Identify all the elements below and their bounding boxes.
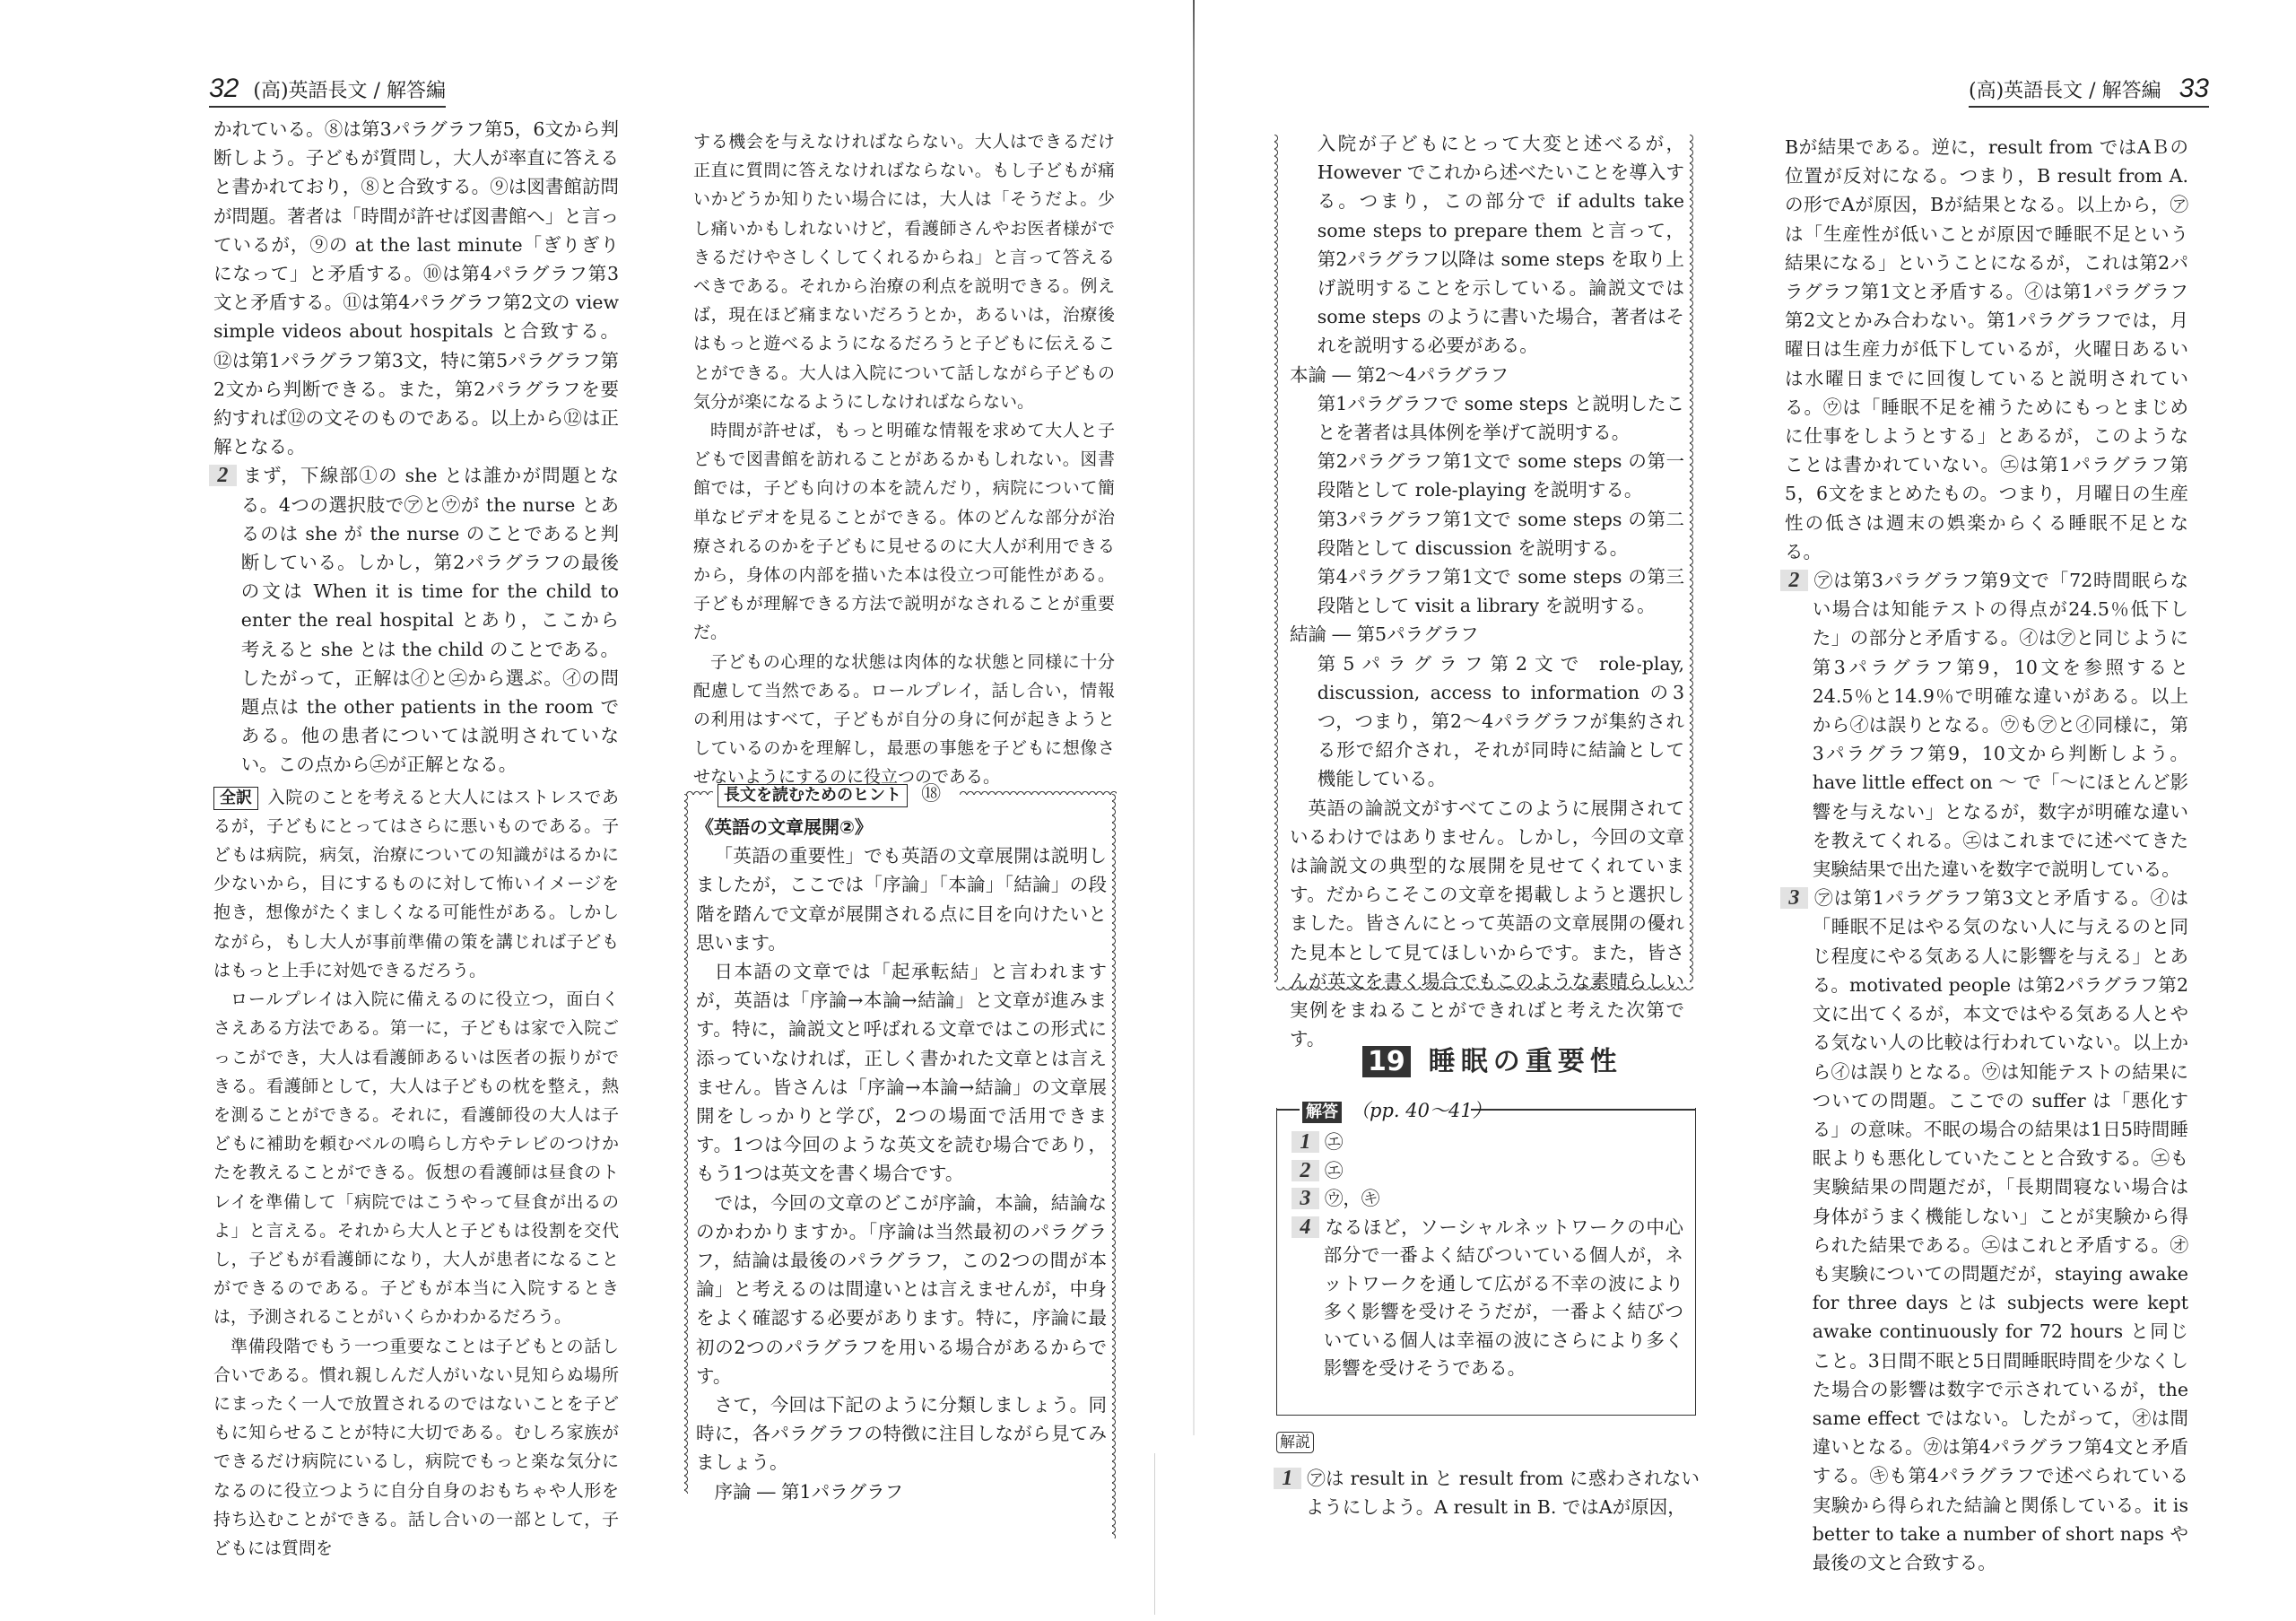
- explanation-number: 1: [1274, 1468, 1301, 1489]
- translation-paragraph: する機会を与えなければならない。大人はできるだけ正直に質問に答えなければならない…: [693, 127, 1115, 416]
- page-gutter: [1193, 0, 1195, 1435]
- running-head-title: (高)英語長文 / 解答編: [1969, 80, 2161, 102]
- section-title: 睡眠の重要性: [1429, 1046, 1622, 1077]
- answer-box-border-top: [1471, 1109, 1696, 1111]
- answer-text: ㋓: [1325, 1131, 1344, 1153]
- answer-label: 解答: [1302, 1102, 1342, 1123]
- explanation-q1: 1㋐は result in と result from に惑わされないようにしよ…: [1278, 1464, 1700, 1521]
- translation-paragraph: 子どもの心理的な状態は肉体的な状態と同様に十分配慮して当然である。ロールプレイ，…: [693, 648, 1115, 792]
- explanation-item: 2㋐は第3パラグラフ第9文で「72時間眠らない場合は知能テストの得点が24.5％…: [1785, 566, 2188, 884]
- hint-box-body: 《英語の文章展開②》 「英語の重要性」でも英語の文章展開は説明しましたが，ここで…: [696, 813, 1107, 1506]
- hint-box-border-top: [960, 789, 1117, 795]
- translation-paragraph: 準備段階でもう一つ重要なことは子どもとの話し合いである。慣れ親しんだ人がいない見…: [213, 1332, 619, 1564]
- hint-box-border-right: [1690, 135, 1695, 982]
- hint-title: 《英語の文章展開②》: [696, 813, 1107, 841]
- answer-number: 1: [1291, 1131, 1319, 1153]
- explanation-text: Bが結果である。逆に，result from ではAＢの位置が反対になる。つまり…: [1785, 133, 2188, 566]
- hint-outline-item: 第5パラグラフ第2文で role-play, discussion, acces…: [1290, 649, 1684, 794]
- translation-paragraph: 時間が許せば，もっと明確な情報を求めて大人と子どもで図書館を訪れることがあるかも…: [693, 416, 1115, 648]
- hint-box-continuation: 入院が子どもにとって大変と述べるが，However でこれから述べたいことを導入…: [1290, 129, 1684, 1054]
- explanation-text: ㋐は result in と result from に惑わされないようにしよう…: [1306, 1468, 1700, 1518]
- hint-paragraph: 「英語の重要性」でも英語の文章展開は説明しましたが，ここでは「序論」「本論」「結…: [696, 841, 1107, 957]
- section-number: 19: [1362, 1046, 1411, 1077]
- hint-box-border-right: [1112, 794, 1118, 1538]
- answer-item: 3㋒，㋖: [1296, 1185, 1683, 1214]
- running-head-right: (高)英語長文 / 解答編33: [1969, 74, 2209, 108]
- hint-outline-item: 第1パラグラフで some steps と説明したことを著者は具体例を挙げて説明…: [1290, 389, 1684, 447]
- answer-page-range: （pp. 40～41）: [1351, 1100, 1492, 1121]
- answer-item: 2㋓: [1296, 1157, 1683, 1186]
- answer-number: 2: [1291, 1160, 1319, 1181]
- explanation-header: 解説: [1276, 1432, 1314, 1453]
- answer-item: 1㋓: [1296, 1129, 1683, 1157]
- hint-label: 長文を読むためのヒント: [717, 784, 908, 807]
- explanation-number: 3: [1780, 887, 1808, 909]
- hint-paragraph: 英語の論説文がすべてこのように展開されているわけではありません。しかし，今回の文…: [1290, 794, 1684, 1054]
- hint-outline-item: 第4パラグラフ第1文で some steps の第三段階として visit a …: [1290, 562, 1684, 620]
- hint-paragraph: 入院が子どもにとって大変と述べるが，However でこれから述べたいことを導入…: [1290, 129, 1684, 361]
- question-2-explanation: 2まず，下線部①の she とは誰かが問題となる。4つの選択肢で㋐と㋒が the…: [213, 461, 619, 779]
- answer-text: ㋓: [1325, 1160, 1344, 1181]
- running-head-title: (高)英語長文 / 解答編: [253, 80, 446, 102]
- hint-box-header: 長文を読むためのヒント ⑱: [717, 779, 941, 807]
- question-text: まず，下線部①の she とは誰かが問題となる。4つの選択肢で㋐と㋒が the …: [241, 465, 619, 775]
- hint-paragraph: では，今回の文章のどこが序論，本論，結論なのかわかりますか。「序論は当然最初のパ…: [696, 1189, 1107, 1390]
- hint-outline-item: 第2パラグラフ第1文で some steps の第一段階として role-pla…: [1290, 447, 1684, 504]
- answer-list: 1㋓ 2㋓ 3㋒，㋖ 4なるほど，ソーシャルネットワークの中心部分で一番よく結び…: [1296, 1129, 1683, 1383]
- answer-item: 4なるほど，ソーシャルネットワークの中心部分で一番よく結びついている個人が，ネッ…: [1296, 1214, 1683, 1383]
- hint-box-border-left: [684, 794, 690, 1494]
- right-page-column-2: Bが結果である。逆に，result from ではAＢの位置が反対になる。つまり…: [1785, 133, 2188, 1577]
- page-number: 32: [209, 74, 239, 103]
- answer-number: 3: [1291, 1188, 1319, 1209]
- hint-outline-heading: 結論 ― 第5パラグラフ: [1290, 620, 1684, 649]
- left-page-column-1: かれている。⑧は第3パラグラフ第5，6文から判断しよう。子どもが質問し，大人が率…: [213, 115, 619, 1563]
- explanation-text: ㋐は第1パラグラフ第3文と矛盾する。㋑は「睡眠不足はやる気のない人に与えるのと同…: [1813, 887, 2188, 1573]
- answer-text: なるほど，ソーシャルネットワークの中心部分で一番よく結びついている個人が，ネット…: [1324, 1216, 1683, 1380]
- explanation-item: 1㋐は result in と result from に惑わされないようにしよ…: [1278, 1464, 1700, 1521]
- hint-box-border-top: [686, 789, 713, 795]
- full-translation-paragraph: 全訳入院のことを考えると大人にはストレスであるが，子どもにとってはさらに悪いもの…: [213, 783, 619, 985]
- paragraph: かれている。⑧は第3パラグラフ第5，6文から判断しよう。子どもが質問し，大人が率…: [213, 115, 619, 461]
- question-number: 2: [209, 465, 237, 486]
- explanation-label: 解説: [1276, 1432, 1314, 1453]
- page-fold-line: [1154, 1453, 1155, 1615]
- page-number: 33: [2179, 74, 2209, 103]
- translation-text: 入院のことを考えると大人にはストレスであるが，子どもにとってはさらに悪いものであ…: [213, 788, 619, 980]
- answer-text: ㋒，㋖: [1325, 1188, 1380, 1209]
- running-head-left: 32(高)英語長文 / 解答編: [209, 74, 446, 108]
- explanation-text: ㋐は第3パラグラフ第9文で「72時間眠らない場合は知能テストの得点が24.5％低…: [1813, 570, 2188, 880]
- section-heading: 19睡眠の重要性: [1362, 1039, 1622, 1078]
- full-translation-label: 全訳: [213, 787, 258, 810]
- explanation-item: 3㋐は第1パラグラフ第3文と矛盾する。㋑は「睡眠不足はやる気のない人に与えるのと…: [1785, 884, 2188, 1577]
- answer-box-border-top: [1276, 1109, 1300, 1111]
- answer-box-header: 解答（pp. 40～41）: [1302, 1096, 1492, 1123]
- hint-number: ⑱: [921, 783, 941, 806]
- hint-outline-item: 第3パラグラフ第1文で some steps の第二段階として discussi…: [1290, 505, 1684, 562]
- hint-box-border-left: [1274, 135, 1280, 982]
- answer-number: 4: [1291, 1216, 1319, 1238]
- hint-paragraph: 日本語の文章では「起承転結」と言われますが，英語は「序論→本論→結論」と文章が進…: [696, 957, 1107, 1189]
- hint-outline-heading: 本論 ― 第2～4パラグラフ: [1290, 361, 1684, 389]
- hint-outline-intro: 序論 ― 第1パラグラフ: [696, 1477, 1107, 1506]
- translation-paragraph: ロールプレイは入院に備えるのに役立つ，面白くさえある方法である。第一に，子どもは…: [213, 985, 619, 1331]
- hint-paragraph: さて，今回は下記のように分類しましょう。同時に，各パラグラフの特徴に注目しながら…: [696, 1390, 1107, 1477]
- left-page-column-2: する機会を与えなければならない。大人はできるだけ正直に質問に答えなければならない…: [693, 127, 1115, 792]
- explanation-number: 2: [1780, 570, 1808, 591]
